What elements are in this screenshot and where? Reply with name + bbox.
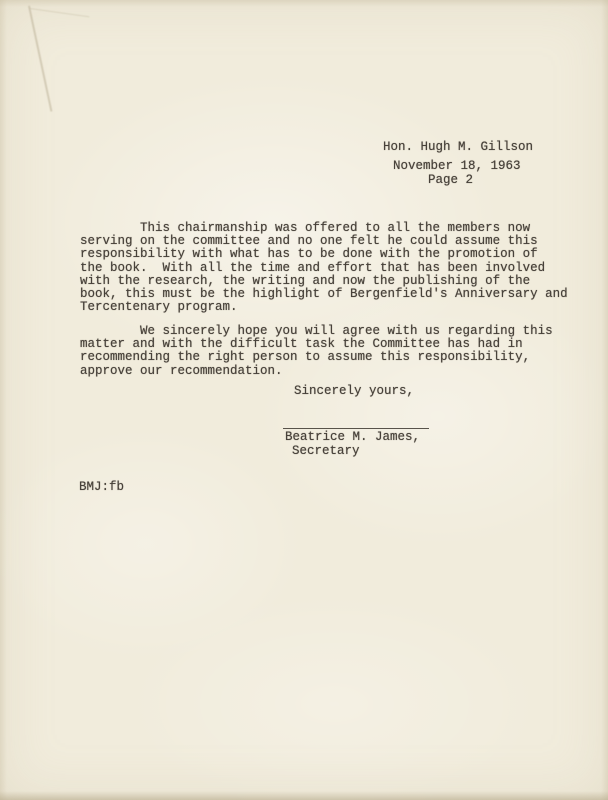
- paper-crease: [30, 8, 90, 18]
- closing-salutation: Sincerely yours,: [294, 385, 414, 398]
- letter-date: November 18, 1963: [393, 160, 521, 173]
- paper-crease: [28, 6, 52, 112]
- reference-initials: BMJ:fb: [79, 481, 124, 494]
- signature-title: Secretary: [292, 445, 360, 458]
- body-paragraph-1: This chairmanship was offered to all the…: [80, 222, 568, 314]
- signature-rule: [283, 428, 429, 429]
- body-paragraph-2: We sincerely hope you will agree with us…: [80, 325, 553, 378]
- letter-page: Hon. Hugh M. Gillson November 18, 1963 P…: [0, 0, 608, 800]
- signature-name: Beatrice M. James,: [285, 431, 420, 444]
- page-number: Page 2: [428, 174, 473, 187]
- recipient-name: Hon. Hugh M. Gillson: [383, 141, 533, 154]
